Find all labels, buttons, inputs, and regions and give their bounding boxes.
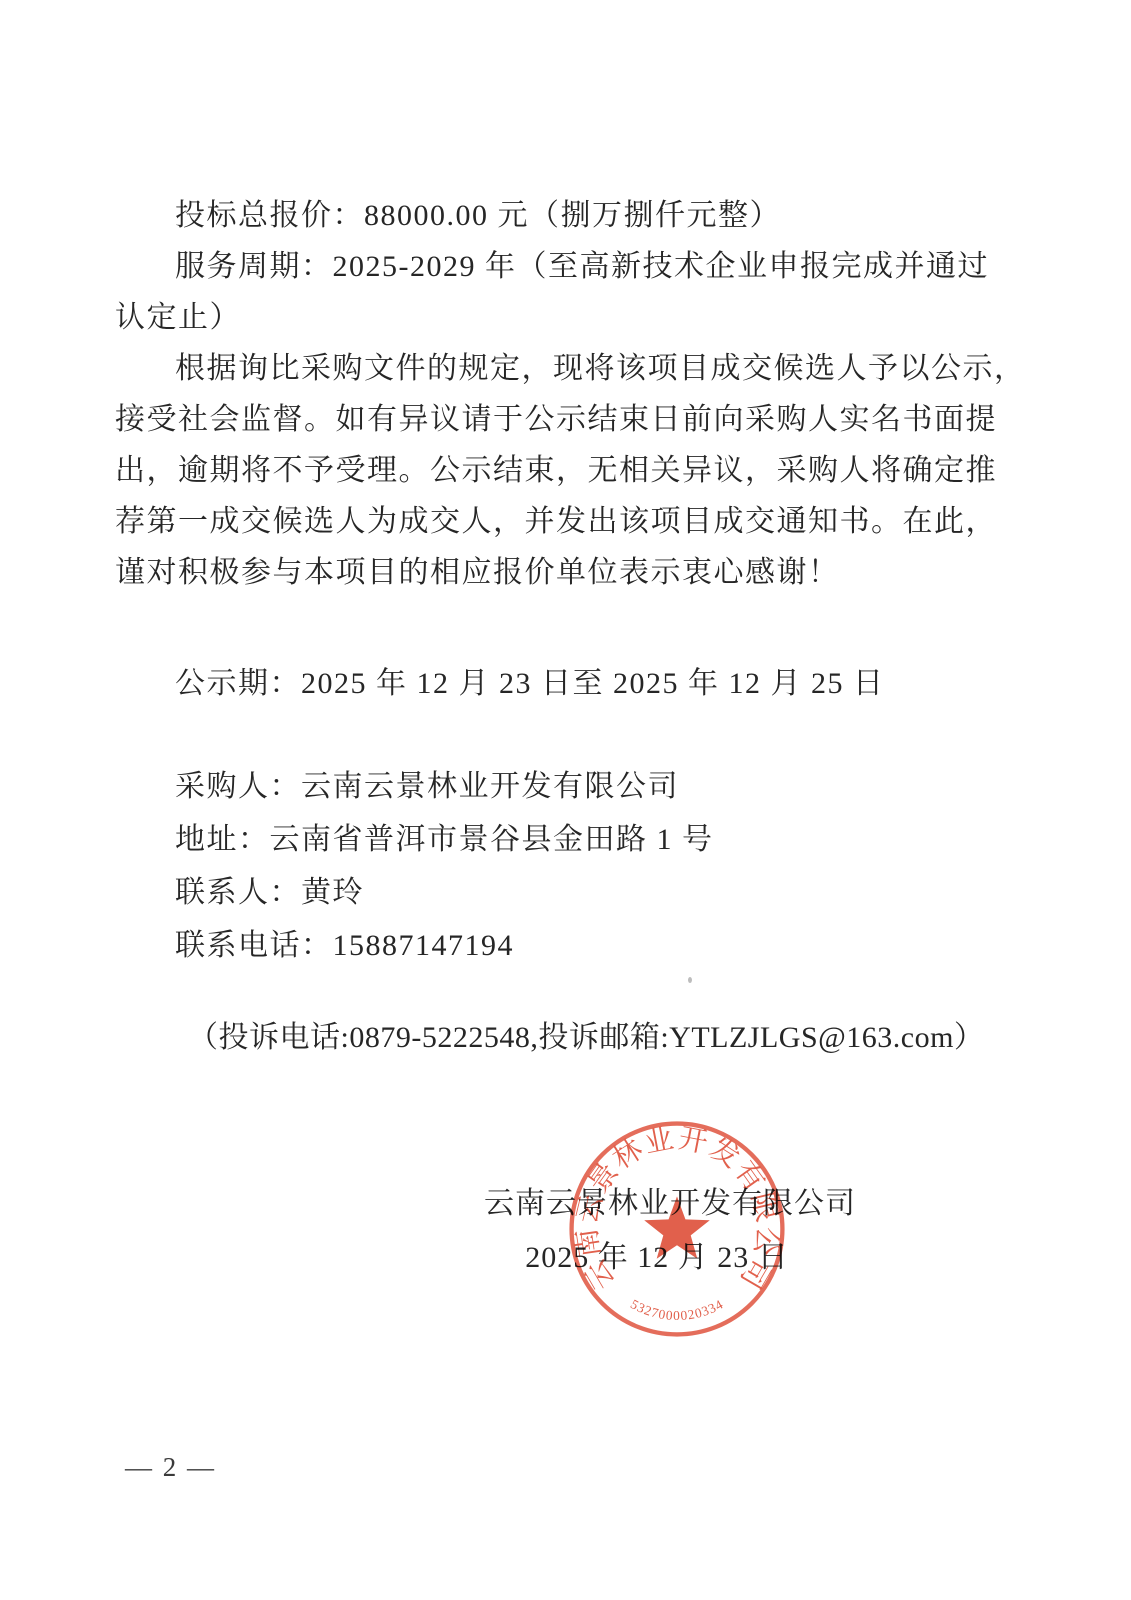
announcement-body: 投标总报价：88000.00 元（捌万捌仟元整） 服务周期：2025-2029 …	[115, 190, 975, 598]
scan-speck	[688, 977, 692, 983]
document-page: 投标总报价：88000.00 元（捌万捌仟元整） 服务周期：2025-2029 …	[0, 0, 1131, 1600]
contact-person-line: 联系人：黄玲	[115, 866, 975, 919]
purchaser-contact-block: 采购人：云南云景林业开发有限公司 地址：云南省普洱市景谷县金田路 1 号 联系人…	[115, 760, 975, 972]
svg-text:5327000020334: 5327000020334	[628, 1296, 726, 1323]
service-period-line-2: 认定止）	[115, 292, 975, 343]
complaint-info-block: （投诉电话:0879-5222548,投诉邮箱:YTLZJLGS@163.com…	[115, 1012, 975, 1063]
seal-star-icon	[644, 1196, 710, 1258]
publicity-period-line: 公示期：2025 年 12 月 23 日至 2025 年 12 月 25 日	[115, 658, 975, 709]
address-line: 地址：云南省普洱市景谷县金田路 1 号	[115, 813, 975, 866]
service-period-line-1: 服务周期：2025-2029 年（至高新技术企业申报完成并通过	[115, 241, 975, 292]
bid-total-price-line: 投标总报价：88000.00 元（捌万捌仟元整）	[115, 190, 975, 241]
notice-paragraph-line-2: 接受社会监督。如有异议请于公示结束日前向采购人实名书面提	[115, 394, 975, 445]
notice-paragraph-line-5: 谨对积极参与本项目的相应报价单位表示衷心感谢！	[115, 547, 975, 598]
complaint-line: （投诉电话:0879-5222548,投诉邮箱:YTLZJLGS@163.com…	[115, 1012, 975, 1063]
seal-code-text: 5327000020334	[628, 1296, 726, 1323]
contact-phone-line: 联系电话：15887147194	[115, 919, 975, 972]
notice-paragraph-line-4: 荐第一成交候选人为成交人，并发出该项目成交通知书。在此，	[115, 496, 975, 547]
purchaser-line: 采购人：云南云景林业开发有限公司	[115, 760, 975, 813]
notice-paragraph-line-1: 根据询比采购文件的规定，现将该项目成交候选人予以公示，	[115, 343, 975, 394]
official-seal: 云南云景林业开发有限公司 5327000020334	[562, 1114, 792, 1344]
publicity-period-block: 公示期：2025 年 12 月 23 日至 2025 年 12 月 25 日	[115, 658, 975, 709]
notice-paragraph-line-3: 出，逾期将不予受理。公示结束，无相关异议，采购人将确定推	[115, 445, 975, 496]
page-number: — 2 —	[125, 1452, 216, 1483]
